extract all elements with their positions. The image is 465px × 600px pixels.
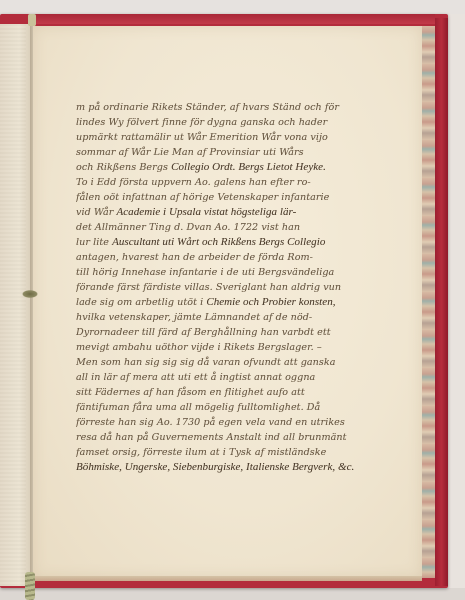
text-line: Dyrornadeer till färd af Berghållning ha… bbox=[76, 325, 381, 340]
text-line: Men som han sig sig sig då varan ofvundt… bbox=[76, 355, 381, 370]
text-line: det Allmänner Ting d. Dvan Ao. 1722 vist… bbox=[76, 220, 381, 235]
text-line: fålen oöt infattnan af hörige Vetenskape… bbox=[76, 190, 381, 205]
binding-thread-icon bbox=[22, 290, 38, 298]
left-page-texture bbox=[0, 24, 26, 586]
bookmark-ribbon-icon bbox=[25, 572, 35, 600]
page-bottom-edge bbox=[33, 576, 422, 581]
text-line: till hörig Innehase infantarie i de uti … bbox=[76, 265, 381, 280]
text-line: all in lär af mera att uti ett å ingtist… bbox=[76, 370, 381, 385]
text-line: famset orsig, förreste ilum at i Tysk af… bbox=[76, 445, 381, 460]
text-line: upmärkt rattamälir ut Wår Emerition Wår … bbox=[76, 130, 381, 145]
text-line: vid Wår Academie i Upsala vistat högstel… bbox=[76, 205, 381, 220]
text-line: lur lite Auscultant uti Wårt och Rikßens… bbox=[76, 235, 381, 250]
text-line: resa då han på Guvernements Anstalt ind … bbox=[76, 430, 381, 445]
text-line: sommar af Wår Lie Man af Provinsiar uti … bbox=[76, 145, 381, 160]
text-line: m på ordinarie Rikets Ständer, af hvars … bbox=[76, 100, 381, 115]
manuscript-text: m på ordinarie Rikets Ständer, af hvars … bbox=[76, 100, 381, 475]
text-line: hvilka vetenskaper, jämte Lämnandet af d… bbox=[76, 310, 381, 325]
text-line: lindes Wy fölvert finne för dygna ganska… bbox=[76, 115, 381, 130]
cover-right-edge bbox=[435, 18, 448, 586]
cover-top-edge bbox=[35, 14, 435, 24]
marbled-page-edge bbox=[422, 26, 435, 578]
text-line: och Rikßens Bergs Collegio Ordt. Bergs L… bbox=[76, 160, 381, 175]
text-line: To i Edd första uppvern Ao. galens han e… bbox=[76, 175, 381, 190]
text-line: fäntifuman fåra uma all mögelig fulltoml… bbox=[76, 400, 381, 415]
text-line: lade sig om arbetlig utöt i Chemie och P… bbox=[76, 295, 381, 310]
ribbon-top-icon bbox=[28, 14, 36, 26]
background-top bbox=[0, 0, 465, 14]
background-bottom bbox=[0, 588, 465, 600]
text-line: förreste han sig Ao. 1730 på egen vela v… bbox=[76, 415, 381, 430]
text-line: förande färst färdiste villas. Sveriglan… bbox=[76, 280, 381, 295]
text-line: sitt Fädernes af han fåsom en flitighet … bbox=[76, 385, 381, 400]
text-line: Böhmiske, Ungerske, Siebenburgiske, Ital… bbox=[76, 460, 381, 475]
text-line: mevigt ambahu uöthor vijde i Rikets Berg… bbox=[76, 340, 381, 355]
text-line: antagen, hvarest han de arbeider de förd… bbox=[76, 250, 381, 265]
